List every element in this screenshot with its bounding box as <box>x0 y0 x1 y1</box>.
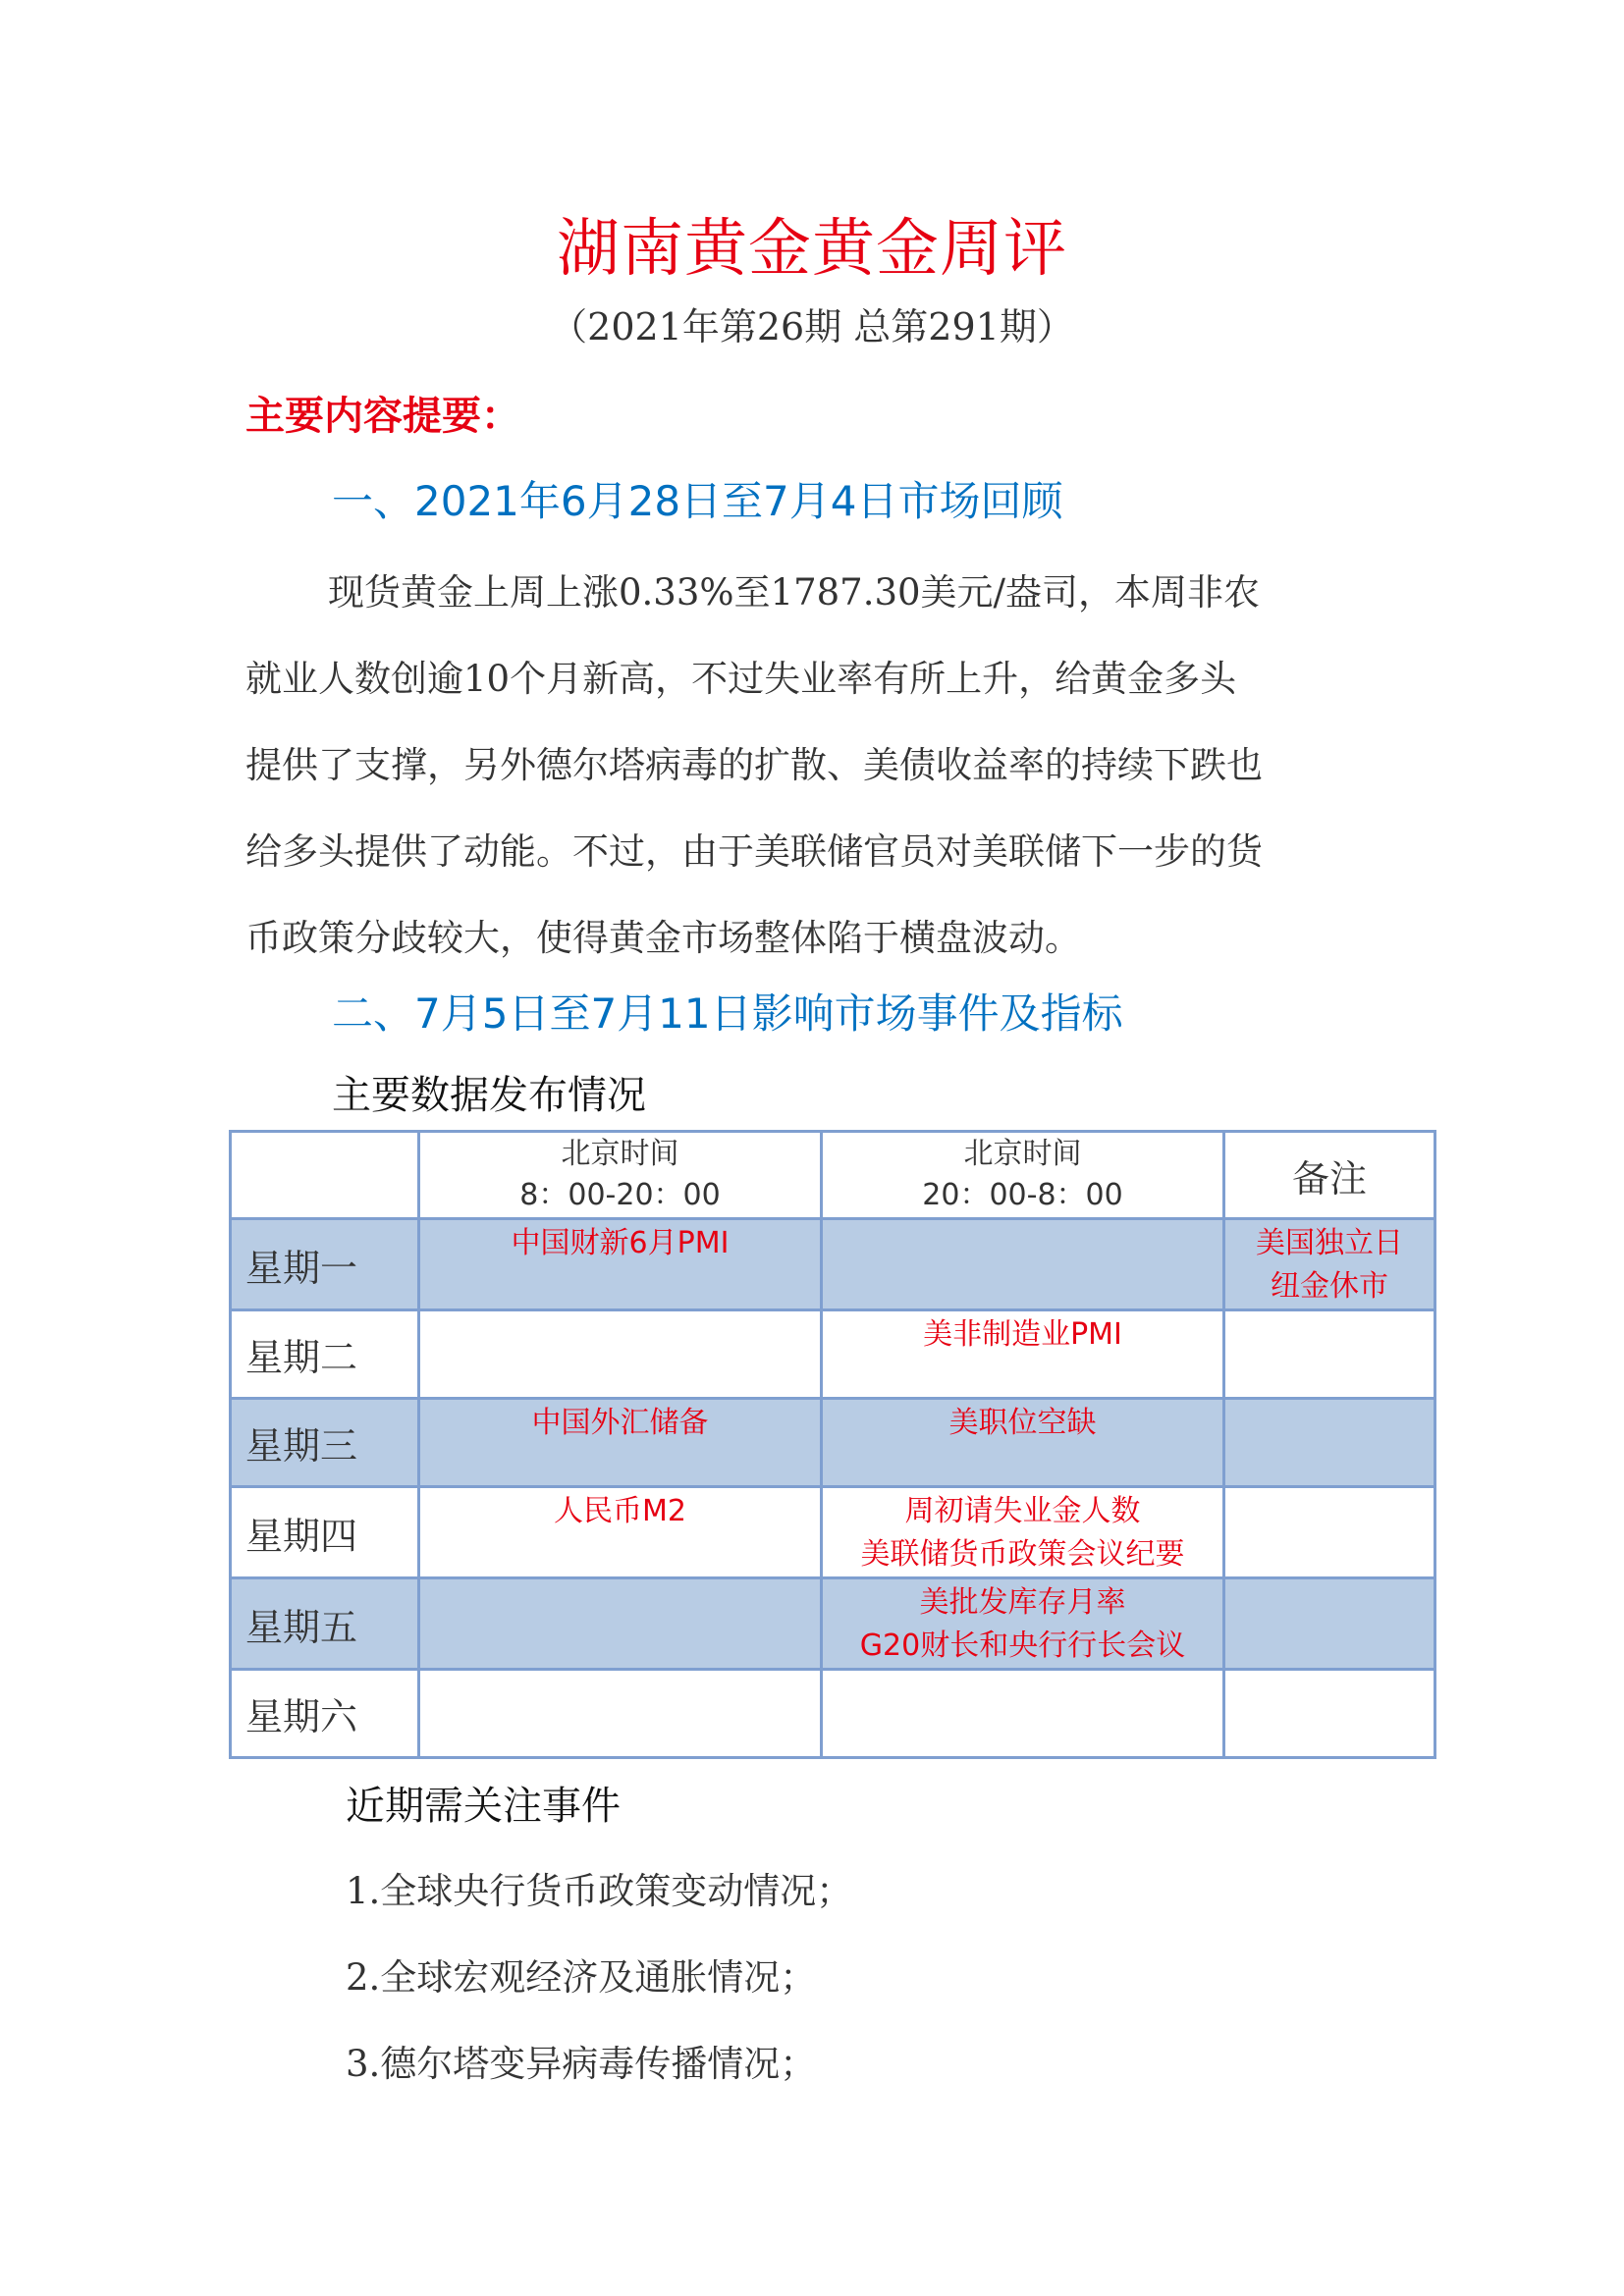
daytime-events-cell: 人民币M2 <box>419 1487 822 1578</box>
daytime-events-cell <box>419 1670 822 1758</box>
day-cell: 星期一 <box>231 1219 419 1310</box>
table-header-row: 北京时间 8：00-20：00 北京时间 20：00-8：00 备注 <box>231 1132 1435 1219</box>
header-daytime-range: 8：00-20：00 <box>420 1175 820 1216</box>
event-text: 中国财新6月PMI <box>420 1222 820 1265</box>
day-cell: 星期五 <box>231 1578 419 1670</box>
nighttime-events-cell: 美职位空缺 <box>822 1399 1224 1487</box>
notes-cell <box>1224 1487 1435 1578</box>
header-notes-label: 备注 <box>1292 1157 1367 1201</box>
daytime-events-cell: 中国财新6月PMI <box>419 1219 822 1310</box>
notes-cell: 美国独立日 纽金休市 <box>1224 1219 1435 1310</box>
issue-subtitle: （2021年第26期 总第291期） <box>0 296 1624 350</box>
notes-cell <box>1224 1310 1435 1399</box>
day-cell: 星期六 <box>231 1670 419 1758</box>
event-text: 中国外汇储备 <box>420 1402 820 1445</box>
summary-heading: 主要内容提要： <box>245 385 520 441</box>
event-text: 美职位空缺 <box>823 1402 1222 1445</box>
nighttime-events-cell <box>822 1219 1224 1310</box>
watch-events-heading: 近期需关注事件 <box>346 1775 621 1831</box>
note-text: 纽金休市 <box>1225 1265 1434 1308</box>
paragraph-line: 就业人数创逾10个月新高，不过失业率有所上升，给黄金多头 <box>245 636 1394 722</box>
header-daytime-label: 北京时间 <box>420 1134 820 1175</box>
data-release-heading: 主要数据发布情况 <box>332 1064 646 1120</box>
notes-cell <box>1224 1670 1435 1758</box>
paragraph-line: 给多头提供了动能。不过，由于美联储官员对美联储下一步的货 <box>245 809 1394 895</box>
nighttime-events-cell: 周初请失业金人数 美联储货币政策会议纪要 <box>822 1487 1224 1578</box>
event-text: 美非制造业PMI <box>823 1313 1222 1357</box>
header-daytime: 北京时间 8：00-20：00 <box>419 1132 822 1219</box>
header-notes: 备注 <box>1224 1132 1435 1219</box>
day-cell: 星期三 <box>231 1399 419 1487</box>
day-cell: 星期二 <box>231 1310 419 1399</box>
event-text: 美联储货币政策会议纪要 <box>823 1533 1222 1576</box>
notes-cell <box>1224 1399 1435 1487</box>
market-review-paragraph: 现货黄金上周上涨0.33%至1787.30美元/盎司，本周非农 就业人数创逾10… <box>245 550 1394 982</box>
table-row: 星期一 中国财新6月PMI 美国独立日 纽金休市 <box>231 1219 1435 1310</box>
watch-item: 3.德尔塔变异病毒传播情况； <box>346 2034 816 2087</box>
daytime-events-cell <box>419 1578 822 1670</box>
header-nighttime: 北京时间 20：00-8：00 <box>822 1132 1224 1219</box>
event-text: 人民币M2 <box>420 1490 820 1533</box>
watch-item: 2.全球宏观经济及通胀情况； <box>346 1948 816 2001</box>
header-nighttime-label: 北京时间 <box>823 1134 1222 1175</box>
table-row: 星期四 人民币M2 周初请失业金人数 美联储货币政策会议纪要 <box>231 1487 1435 1578</box>
nighttime-events-cell <box>822 1670 1224 1758</box>
event-text: G20财长和央行行长会议 <box>823 1625 1222 1668</box>
nighttime-events-cell: 美批发库存月率 G20财长和央行行长会议 <box>822 1578 1224 1670</box>
day-cell: 星期四 <box>231 1487 419 1578</box>
section-2-heading: 二、7月5日至7月11日影响市场事件及指标 <box>332 982 1123 1041</box>
nighttime-events-cell: 美非制造业PMI <box>822 1310 1224 1399</box>
header-blank <box>231 1132 419 1219</box>
paragraph-line: 提供了支撑，另外德尔塔病毒的扩散、美债收益率的持续下跌也 <box>245 722 1394 809</box>
notes-cell <box>1224 1578 1435 1670</box>
daytime-events-cell: 中国外汇储备 <box>419 1399 822 1487</box>
section-1-heading: 一、2021年6月28日至7月4日市场回顾 <box>332 469 1063 528</box>
daytime-events-cell <box>419 1310 822 1399</box>
note-text: 美国独立日 <box>1225 1222 1434 1265</box>
watch-item: 1.全球央行货币政策变动情况； <box>346 1861 852 1914</box>
data-release-table: 北京时间 8：00-20：00 北京时间 20：00-8：00 备注 星期一 中… <box>229 1130 1436 1759</box>
table-row: 星期五 美批发库存月率 G20财长和央行行长会议 <box>231 1578 1435 1670</box>
paragraph-line: 币政策分歧较大，使得黄金市场整体陷于横盘波动。 <box>245 895 1394 982</box>
event-text: 美批发库存月率 <box>823 1581 1222 1625</box>
header-nighttime-range: 20：00-8：00 <box>823 1175 1222 1216</box>
table-row: 星期六 <box>231 1670 1435 1758</box>
paragraph-line: 现货黄金上周上涨0.33%至1787.30美元/盎司，本周非农 <box>245 550 1394 636</box>
table-row: 星期三 中国外汇储备 美职位空缺 <box>231 1399 1435 1487</box>
table-row: 星期二 美非制造业PMI <box>231 1310 1435 1399</box>
event-text: 周初请失业金人数 <box>823 1490 1222 1533</box>
document-title: 湖南黄金黄金周评 <box>0 198 1624 289</box>
